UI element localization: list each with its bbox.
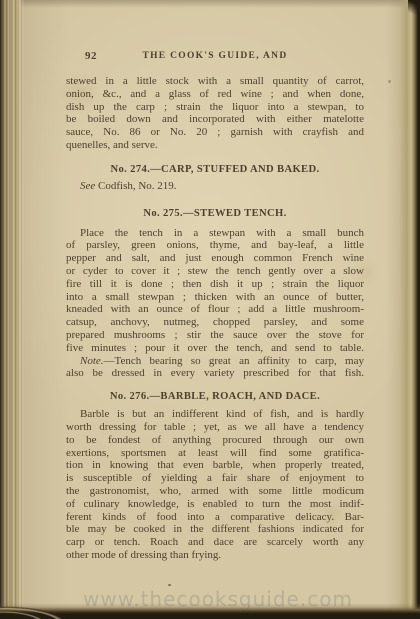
text-line: onion, &c., and a glass of red wine ; an… bbox=[66, 88, 364, 101]
text-line: sauce, No. 86 or No. 20 ; garnish with c… bbox=[66, 126, 364, 139]
text-line: prepared mushrooms ; stir the sauce over… bbox=[66, 329, 364, 342]
text-line: exertions, sportsmen at least will find … bbox=[66, 447, 364, 460]
recipe-heading-276-barble-roach-and-dace: No. 276.—BARBLE, ROACH, AND DACE. bbox=[66, 390, 364, 403]
running-header-title: THE COOK'S GUIDE, AND bbox=[66, 50, 364, 61]
text-line: ble may be cooked in the different fashi… bbox=[66, 523, 364, 536]
paper-speck bbox=[168, 584, 171, 586]
text-line: to be fondest of anything procured throu… bbox=[66, 434, 364, 447]
text-line: is susceptible of yielding a fair share … bbox=[66, 472, 364, 485]
text-line: the gastronomist, who, armed with some l… bbox=[66, 485, 364, 498]
text-line: catsup, anchovy, nutmeg, chopped parsley… bbox=[66, 316, 364, 329]
page-number: 92 bbox=[85, 50, 97, 62]
text-line: ferent kinds of food into a comparative … bbox=[66, 511, 364, 524]
text-line: kneaded with an ounce of flour ; add a l… bbox=[66, 303, 364, 316]
text-line: See Codfish, No. 219. bbox=[66, 180, 364, 193]
page-stack-corner-bottom-left bbox=[0, 597, 90, 619]
text-line: worth dressing for table ; yet, as we al… bbox=[66, 421, 364, 434]
text-line: Note.—Tench bearing so great an affinity… bbox=[66, 355, 364, 368]
text-line: stewed in a little stock with a small qu… bbox=[66, 75, 364, 88]
page-stack-edge-right bbox=[386, 0, 420, 619]
text-line: dish up the carp ; strain the liquor int… bbox=[66, 101, 364, 114]
scan-edge-top bbox=[0, 0, 420, 8]
page-body-text: stewed in a little stock with a small qu… bbox=[66, 75, 364, 562]
text-line: into a small stewpan ; thicken with an o… bbox=[66, 291, 364, 304]
text-line: pepper and salt, and just enough common … bbox=[66, 252, 364, 265]
book-binding-edge bbox=[0, 0, 24, 619]
recipe-heading-274-carp-stuffed-and-baked: No. 274.—CARP, STUFFED AND BAKED. bbox=[66, 163, 364, 176]
paragraph-carp-matelotte-continuation: stewed in a little stock with a small qu… bbox=[66, 75, 364, 152]
text-line: other mode of dressing than frying. bbox=[66, 549, 364, 562]
text-line: Place the tench in a stewpan with a smal… bbox=[66, 227, 364, 240]
text-line: be boiled down and incorporated with eit… bbox=[66, 113, 364, 126]
text-line: carp or tench. Roach and dace are scarce… bbox=[66, 536, 364, 549]
text-line: also be dressed in every variety prescri… bbox=[66, 367, 364, 380]
text-line: Barble is but an indifferent kind of fis… bbox=[66, 408, 364, 421]
text-line: tion in knowing that even barble, when p… bbox=[66, 459, 364, 472]
text-line: quenelles, and serve. bbox=[66, 139, 364, 152]
text-line: of parsley, green onions, thyme, and bay… bbox=[66, 239, 364, 252]
book-page-scan: 92 THE COOK'S GUIDE, AND stewed in a lit… bbox=[0, 0, 420, 619]
text-line: or cyder to cover it ; stew the tench ge… bbox=[66, 265, 364, 278]
recipe-heading-275-stewed-tench: No. 275.—STEWED TENCH. bbox=[66, 207, 364, 220]
running-header-row: 92 THE COOK'S GUIDE, AND bbox=[66, 50, 364, 64]
text-line: five minutes ; pour it over the tench, a… bbox=[66, 342, 364, 355]
paragraph-stewed-tench: Place the tench in a stewpan with a smal… bbox=[66, 227, 364, 381]
cross-reference-see-codfish: See Codfish, No. 219. bbox=[66, 180, 364, 193]
paragraph-barble-roach-dace: Barble is but an indifferent kind of fis… bbox=[66, 408, 364, 562]
scan-corner-top-right bbox=[408, 0, 420, 34]
text-line: of culinary knowledge, is enabled to tur… bbox=[66, 498, 364, 511]
text-line: fire till it is done ; then dish it up ;… bbox=[66, 278, 364, 291]
